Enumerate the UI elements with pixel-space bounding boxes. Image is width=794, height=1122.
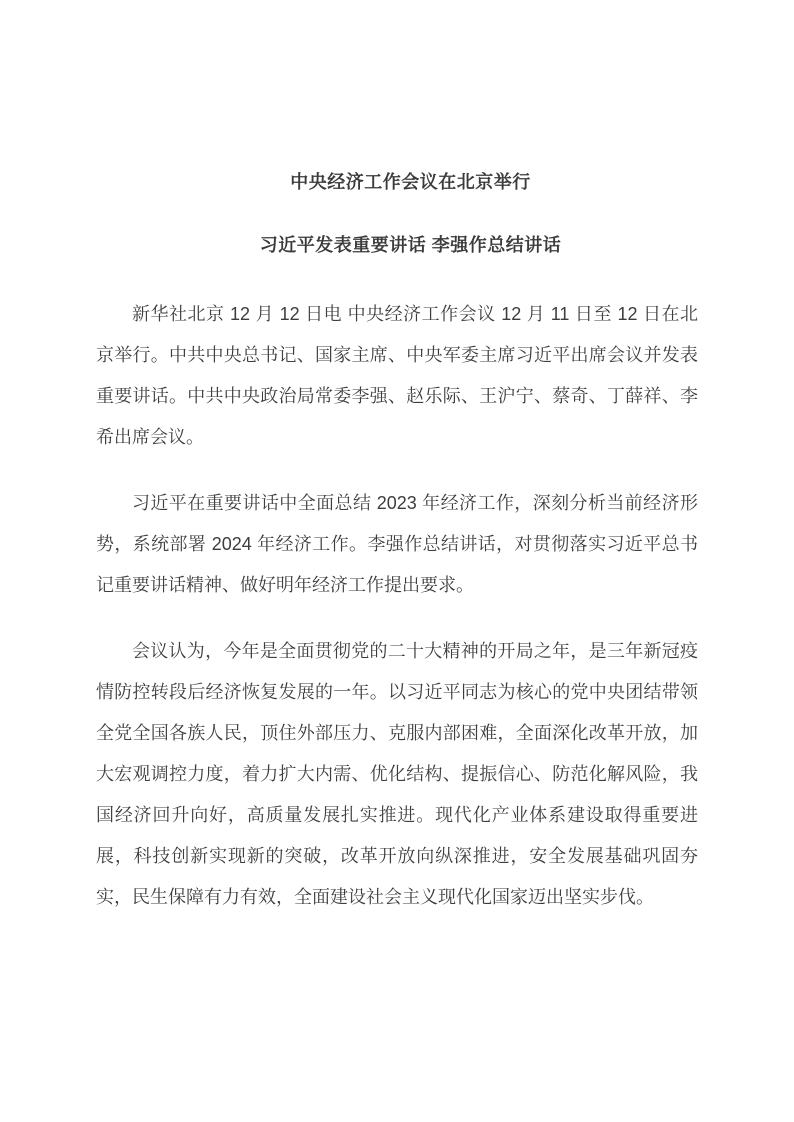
- paragraph-meeting-assessment: 会议认为，今年是全面贯彻党的二十大精神的开局之年，是三年新冠疫情防控转段后经济恢…: [96, 631, 698, 918]
- document-title: 中央经济工作会议在北京举行: [96, 162, 698, 203]
- paragraph-dateline-attendees: 新华社北京 12 月 12 日电 中央经济工作会议 12 月 11 日至 12 …: [96, 294, 698, 458]
- document-subtitle: 习近平发表重要讲话 李强作总结讲话: [96, 225, 698, 266]
- paragraph-speeches-summary: 习近平在重要讲话中全面总结 2023 年经济工作，深刻分析当前经济形势，系统部署…: [96, 483, 698, 606]
- document-content: 中央经济工作会议在北京举行 习近平发表重要讲话 李强作总结讲话 新华社北京 12…: [0, 0, 794, 918]
- document-page: 中央经济工作会议在北京举行 习近平发表重要讲话 李强作总结讲话 新华社北京 12…: [0, 0, 794, 1122]
